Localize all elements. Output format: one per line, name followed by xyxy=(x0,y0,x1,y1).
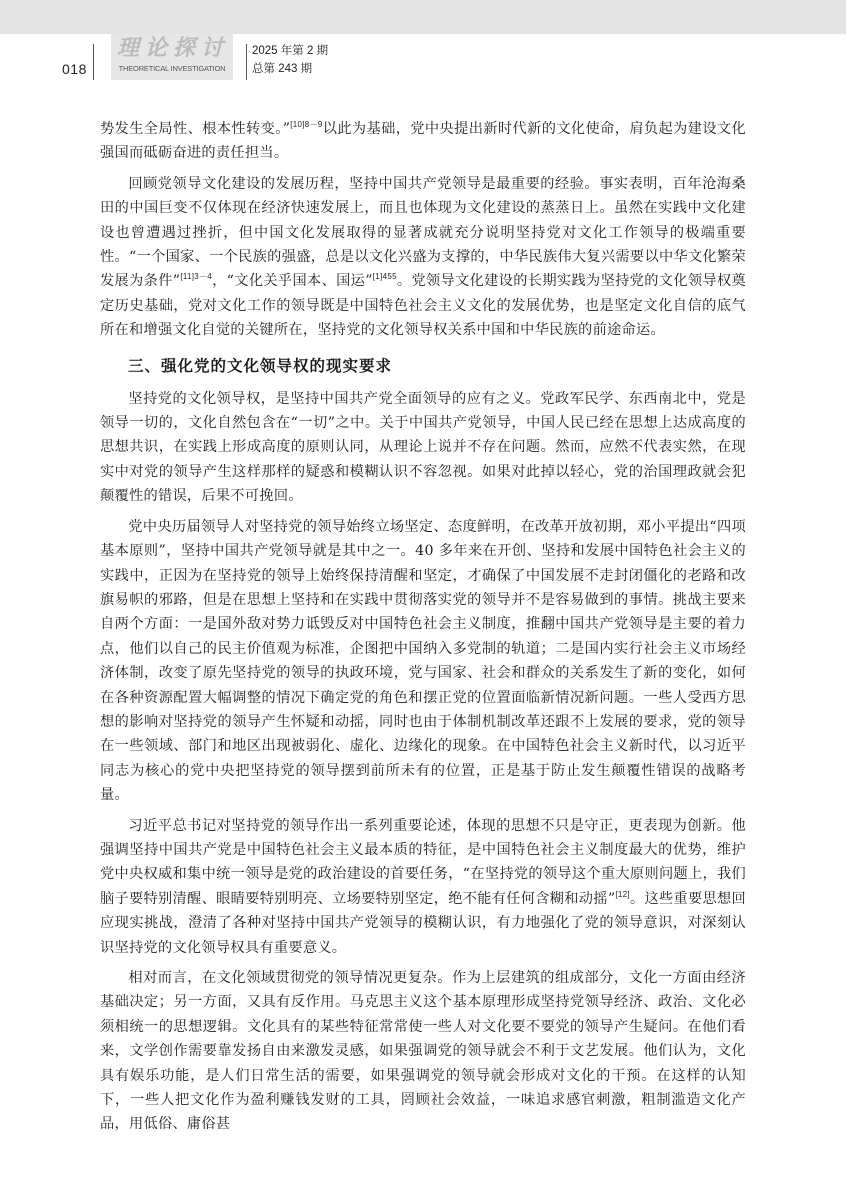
top-gray-band xyxy=(0,0,846,34)
page-header: 018 理论探讨 THEORETICAL INVESTIGATION 2025 … xyxy=(0,34,846,80)
issue-year-number: 2025 年第 2 期 xyxy=(252,42,328,60)
paragraph: 回顾党领导文化建设的发展历程，坚持中国共产党领导是最重要的经验。事实表明，百年沧… xyxy=(100,172,746,343)
journal-logo-english: THEORETICAL INVESTIGATION xyxy=(111,64,233,73)
citation: [1]455 xyxy=(373,272,397,281)
paragraph: 习近平总书记对坚持党的领导作出一系列重要论述，体现的思想不只是守正，更表现为创新… xyxy=(100,814,746,960)
header-divider xyxy=(246,44,247,80)
paragraph: 党中央历届领导人对坚持党的领导始终立场坚定、态度鲜明，在改革开放初期，邓小平提出… xyxy=(100,515,746,808)
header-divider xyxy=(93,44,94,80)
article-body: 势发生全局性、根本性转变。”[10]8－9以此为基础，党中央提出新时代新的文化使… xyxy=(100,117,746,1143)
paragraph-text: ，“文化关乎国本、国运” xyxy=(212,273,373,289)
paragraph-text: 势发生全局性、根本性转变。” xyxy=(100,121,290,137)
journal-logo-chinese: 理论探讨 xyxy=(117,35,229,61)
journal-logo: 理论探讨 THEORETICAL INVESTIGATION xyxy=(111,34,233,80)
paragraph-text: 。党领导文化建设的长期实践为坚持党的文化领导权奠定历史基础，党对文化工作的领导既… xyxy=(100,273,746,338)
citation: [10]8－9 xyxy=(290,120,322,129)
issue-total-number: 总第 243 期 xyxy=(252,60,328,78)
section-heading: 三、强化党的文化领导权的现实要求 xyxy=(100,355,746,377)
issue-info: 2025 年第 2 期 总第 243 期 xyxy=(252,42,328,78)
page-number: 018 xyxy=(62,61,87,77)
paragraph: 势发生全局性、根本性转变。”[10]8－9以此为基础，党中央提出新时代新的文化使… xyxy=(100,117,746,166)
paragraph: 坚持党的文化领导权，是坚持中国共产党全面领导的应有之义。党政军民学、东西南北中，… xyxy=(100,387,746,509)
paragraph: 相对而言，在文化领域贯彻党的领导情况更复杂。作为上层建筑的组成部分，文化一方面由… xyxy=(100,966,746,1137)
citation: [12] xyxy=(615,890,630,899)
citation: [11]3－4 xyxy=(180,272,212,281)
